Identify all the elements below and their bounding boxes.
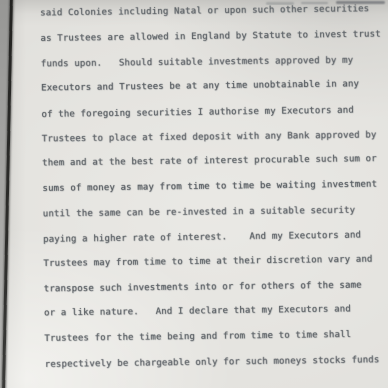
photo-background: said Colonies including Natal or upon su… bbox=[0, 0, 388, 388]
text-line: respectively be chargeable only for such… bbox=[45, 348, 388, 378]
text-line: them and at the best rate of interest pr… bbox=[42, 147, 387, 177]
text-line: as Trustees are allowed in England by St… bbox=[40, 22, 385, 52]
text-line: or a like nature. And I declare that my … bbox=[44, 297, 388, 327]
text-line: Trustees for the time being and from tim… bbox=[44, 322, 388, 352]
text-line: paying a higher rate of interest. And my… bbox=[43, 223, 388, 253]
text-line: sums of money as may from time to time b… bbox=[42, 172, 387, 202]
text-line: Executors and Trustees be at any time un… bbox=[41, 72, 386, 102]
typewritten-text: said Colonies including Natal or upon su… bbox=[40, 0, 388, 377]
text-line: said Colonies including Natal or upon su… bbox=[40, 0, 385, 27]
